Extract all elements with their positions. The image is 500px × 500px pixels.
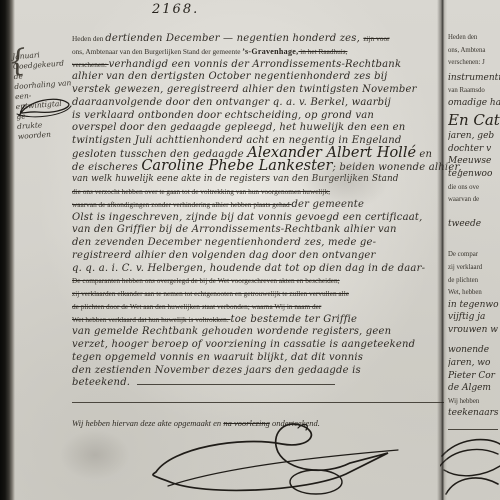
document-line: Heden den [448, 28, 500, 41]
document-line: daaraanvolgende door den ontvanger q. a.… [72, 94, 452, 107]
paper-stain [60, 430, 130, 480]
document-line: den zestienden November dezes jaars den … [72, 362, 452, 375]
document-line: Wet, hebben [448, 283, 500, 296]
document-line: van den Griffier bij de Arrondissements-… [72, 221, 452, 234]
document-line: jaren, wo [448, 354, 500, 367]
document-line: Wij hebben [448, 392, 500, 405]
document-line: registreerd alhier den volgenden dag doo… [72, 247, 452, 260]
document-line: den zevenden December negentienhonderd z… [72, 234, 452, 247]
main-text: Heden den dertienden December — negentie… [72, 30, 452, 428]
document-line: Pieter Cor [448, 367, 500, 380]
document-line: de eischeres Caroline Phebe Lankester; b… [72, 158, 452, 171]
text-segment: tweede [448, 219, 481, 229]
document-line: ons, Ambtena [448, 41, 500, 54]
document-line: tweede [448, 215, 500, 228]
text-segment: vrouwen w [448, 325, 498, 335]
document-line [72, 392, 452, 405]
document-line: die ons verzocht hebben over te gaan tot… [72, 183, 452, 196]
document-line: van welk huwelijk eene akte in de regist… [72, 170, 452, 183]
document-line: waarvan de [448, 190, 500, 203]
document-line: tegenwoo [448, 165, 500, 178]
document-line: omadige ha [448, 94, 500, 107]
neighbor-signatures-icon [440, 436, 500, 500]
text-segment: waarvan de [448, 196, 479, 203]
document-line: twintigsten Juli achttienhonderd acht en… [72, 132, 452, 145]
document-line: vijftig ja [448, 308, 500, 321]
margin-signature-icon [13, 90, 77, 130]
blank-fill-rule [137, 376, 335, 385]
document-line: tegen opgemeld vonnis en waaruit blijkt,… [72, 349, 452, 362]
next-page-sliver: Heden denons, Ambtenaverschenen: Jinstru… [448, 28, 500, 432]
document-line: zij verklaarden elkander aan te nemen to… [72, 285, 452, 298]
text-segment: En Cath [448, 111, 500, 129]
text-segment: De comparanten hebben ons overgelegd de … [72, 276, 340, 285]
document-line: die ons ove [448, 178, 500, 191]
paper-stain [300, 150, 390, 210]
document-line: q. q. a. i. C. v. Helbergen, houdende da… [72, 260, 452, 273]
document-line: de plichten door de Wet aan den huwelijk… [72, 298, 452, 311]
blank-fill-rule [448, 421, 498, 430]
document-line: dochter v [448, 140, 500, 153]
document-line: de plichten [448, 271, 500, 284]
act-number: 2168. [152, 2, 199, 17]
text-segment: verschenen: [72, 60, 109, 69]
page-fold [437, 0, 447, 500]
document-line: vrouwen w [448, 321, 500, 334]
document-line: ons, Ambtenaar van den Burgerlijken Stan… [72, 43, 452, 56]
text-segment: Wet hebben verklaard dat hun huwelijk is… [72, 315, 230, 324]
document-line: De comparanten hebben ons overgelegd de … [72, 272, 452, 285]
text-segment: beteekend. [72, 377, 137, 388]
document-line: verschenen: verhandigd een vonnis der Ar… [72, 56, 452, 69]
document-line: zij verklaard [448, 258, 500, 271]
document-line: beteekend. [72, 374, 452, 387]
document-line: Wet hebben verklaard dat hun huwelijk is… [72, 311, 452, 324]
text-segment: teekenaars [448, 408, 499, 418]
document-line: teekenaars [448, 404, 500, 417]
document-line: Meeuwse [448, 152, 500, 165]
document-line: alhier van den dertigsten October negent… [72, 68, 452, 81]
text-segment: die ons verzocht hebben over te gaan tot… [72, 187, 330, 196]
text-segment: ons, Ambtenaar van den Burgerlijken Stan… [72, 47, 242, 56]
text-segment: zij verklaard [448, 264, 482, 271]
text-segment: Heden den [72, 34, 105, 43]
document-line: de Algem [448, 379, 500, 392]
document-line: verstek gewezen, geregistreerd alhier de… [72, 81, 452, 94]
document-line: is verklaard ontbonden door echtscheidin… [72, 107, 452, 120]
text-segment: zijn voor [363, 34, 389, 43]
text-segment: de plichten door de Wet aan den huwelijk… [72, 302, 321, 311]
document-line: verschenen: J [448, 53, 500, 66]
document-line: in tegenwo [448, 296, 500, 309]
document-line: van Raamsdo [448, 81, 500, 94]
document-line: wonende [448, 341, 500, 354]
document-line: Olst is ingeschreven, zijnde bij dat von… [72, 209, 452, 222]
clerk-signature-icon [148, 416, 412, 500]
text-segment: verschenen: J [448, 59, 485, 66]
document-line: instrumentm [448, 69, 500, 82]
text-segment: waarvan de afkondigingen zonder verhinde… [72, 200, 291, 209]
document-line: van gemelde Rechtbank gehouden wordende … [72, 323, 452, 336]
document-line: waarvan de afkondigingen zonder verhinde… [72, 196, 452, 209]
text-segment: in het Raadhuis, [298, 47, 347, 56]
document-line: De compar [448, 245, 500, 258]
document-line: jaren, geb [448, 127, 500, 140]
blank-fill-rule [72, 394, 444, 403]
document-line: Heden den dertienden December — negentie… [72, 30, 452, 43]
text-segment: ’s-Gravenhage, [242, 47, 298, 56]
document-line: overspel door den gedaagde gepleegd, het… [72, 119, 452, 132]
text-segment: omadige ha [448, 98, 500, 108]
document-line: gesloten tusschen den gedaagde Alexander… [72, 145, 452, 158]
document-scan: 2168. { Januari Goedgekeurd de doorhalin… [0, 0, 500, 500]
document-line: En Cath [448, 111, 500, 124]
document-line: verzet, hooger beroep of voorziening in … [72, 336, 452, 349]
text-segment: zij verklaarden elkander aan te nemen to… [72, 289, 349, 298]
text-segment: Heden den [448, 34, 477, 41]
document-line [448, 419, 500, 432]
